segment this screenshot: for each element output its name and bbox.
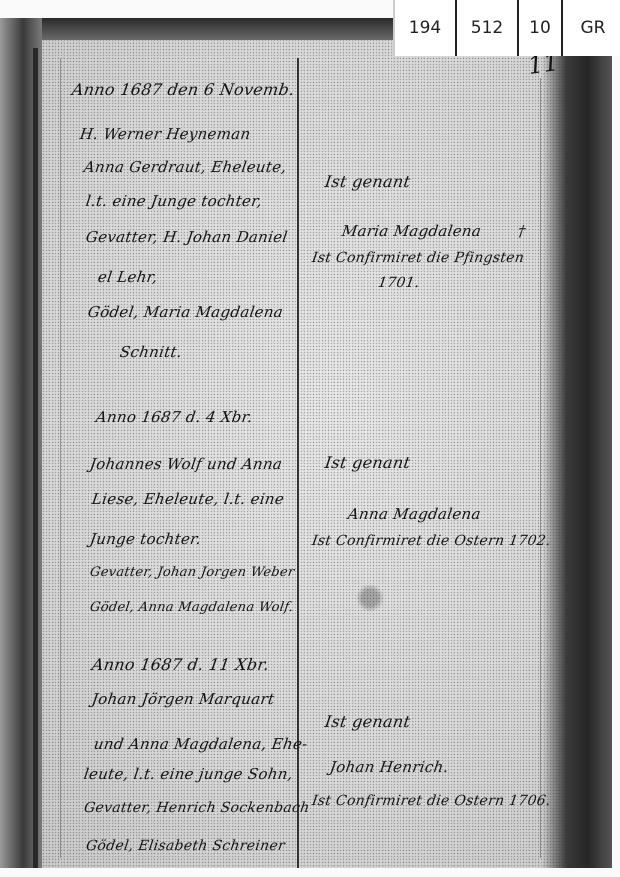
entry-line: Schnitt. — [119, 343, 184, 361]
entry-line: l.t. eine Junge tochter, — [85, 192, 264, 210]
entry-date: Anno 1687 den 6 Novemb. — [71, 80, 296, 99]
entry-line: H. Werner Heyneman — [79, 125, 252, 143]
entry-line: Anna Gerdraut, Eheleute, — [83, 158, 288, 176]
entry-prefix: Ist genant — [324, 453, 412, 472]
confirmation-note: Ist Confirmiret die Ostern 1702. — [311, 533, 552, 549]
confirmation-note: Ist Confirmiret die Ostern 1706. — [311, 793, 552, 809]
entry-line: Gevatter, Johan Jorgen Weber — [89, 565, 296, 580]
entry-line: leute, l.t. eine junge Sohn, — [83, 765, 294, 783]
entry-line: Gödel, Elisabeth Schreiner — [85, 838, 286, 854]
baptized-name: Johan Henrich. — [329, 758, 450, 776]
entry-line: Gevatter, Henrich Sockenbach — [83, 800, 311, 816]
entry-line: und Anna Magdalena, Ehe- — [93, 735, 309, 753]
entry-line: Junge tochter. — [89, 530, 203, 548]
entry-prefix: Ist genant — [324, 172, 412, 191]
entry-date: Anno 1687 d. 4 Xbr. — [95, 408, 254, 426]
entry-line: Gevatter, H. Johan Daniel — [85, 228, 289, 246]
entry-line: el Lehr, — [97, 268, 159, 286]
stamp-cell-2: 512 — [455, 0, 517, 56]
entry-prefix: Ist genant — [324, 712, 412, 731]
entry-line: Johannes Wolf und Anna — [89, 455, 284, 473]
entry-line: Liese, Eheleute, l.t. eine — [91, 490, 286, 508]
entry-line: Gödel, Maria Magdalena — [87, 303, 285, 321]
archive-stamp: 194 512 10 GR — [393, 0, 620, 56]
stamp-cell-3: 10 — [517, 0, 561, 56]
margin-rule-inner — [60, 58, 61, 858]
baptized-name: Anna Magdalena — [347, 505, 482, 523]
entry-date: Anno 1687 d. 11 Xbr. — [91, 655, 271, 674]
baptized-name: Maria Magdalena — [341, 222, 483, 240]
margin-rule-left — [33, 48, 38, 868]
entry-line: Johan Jörgen Marquart — [91, 690, 276, 708]
stamp-cell-1: 194 — [393, 0, 455, 56]
entry-line: Gödel, Anna Magdalena Wolf. — [89, 600, 294, 615]
confirmation-year: 1701. — [377, 275, 421, 291]
stamp-cell-4: GR — [561, 0, 620, 56]
margin-rule-right — [540, 78, 541, 858]
binding-shadow-right — [542, 18, 612, 868]
confirmation-note: Ist Confirmiret die Pfingsten — [311, 250, 525, 266]
